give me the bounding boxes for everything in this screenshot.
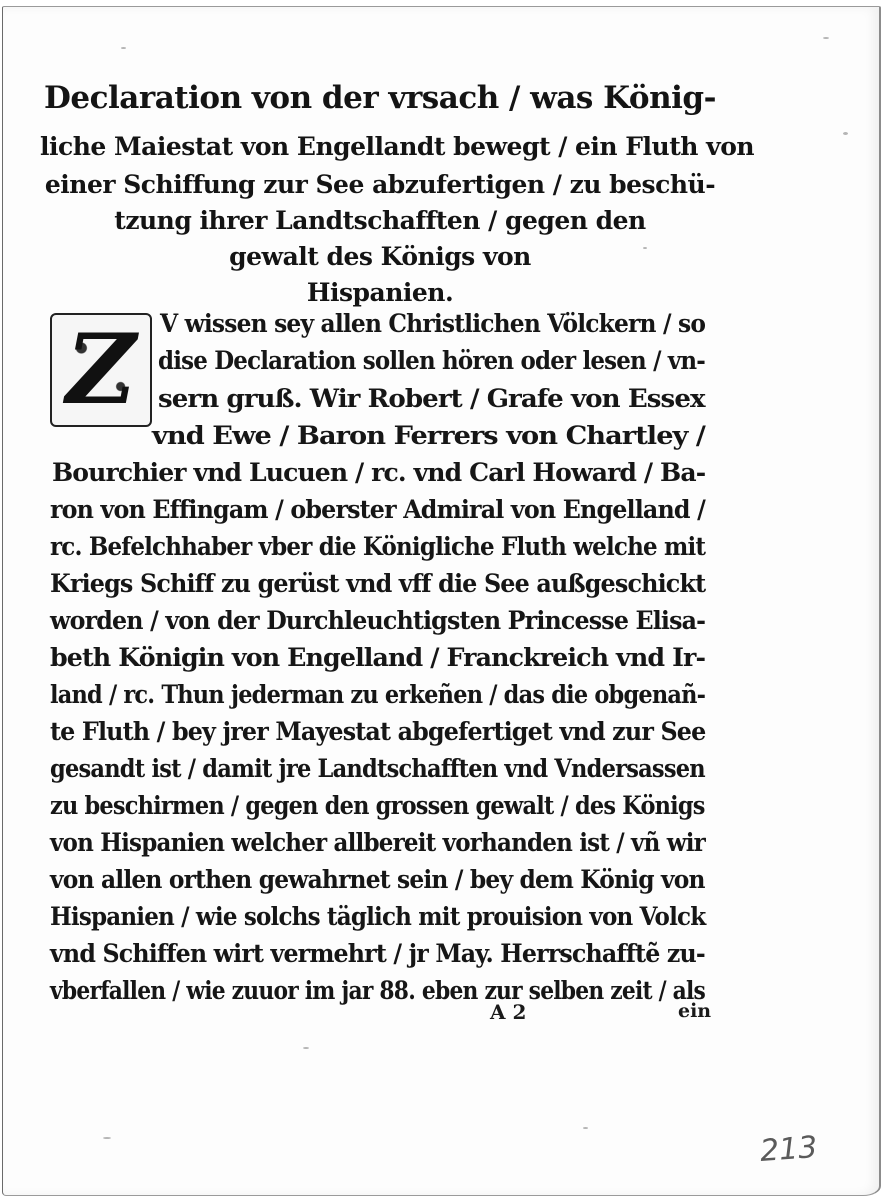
body-line: gesandt ist / damit jre Landtschafften v… <box>50 754 705 784</box>
body-line: von allen orthen gewahrnet sein / bey de… <box>50 865 705 895</box>
body-line: sern gruß. Wir Robert / Grafe von Essex <box>158 384 705 414</box>
body-line: vberfallen / wie zuuor im jar 88. eben z… <box>50 976 705 1006</box>
body-line: V wissen sey allen Christlichen Völckern… <box>160 309 705 339</box>
document-body: V wissen sey allen Christlichen Völckern… <box>0 0 884 1200</box>
body-line: Kriegs Schiff zu gerüst vnd vff die See … <box>50 569 705 599</box>
body-line: Hispanien / wie solchs täglich mit proui… <box>50 902 705 932</box>
body-line: Bourchier vnd Lucuen / rc. vnd Carl Howa… <box>52 458 705 488</box>
signature-mark: A 2 <box>490 1000 526 1024</box>
body-line: von Hispanien welcher allbereit vorhande… <box>50 828 705 858</box>
body-line: vnd Schiffen wirt vermehrt / jr May. Her… <box>50 939 705 969</box>
folio-number: 213 <box>759 1130 819 1169</box>
body-line: dise Declaration sollen hören oder lesen… <box>158 346 705 376</box>
body-line: land / rc. Thun jederman zu erkeñen / da… <box>50 680 705 710</box>
body-line: te Fluth / bey jrer Mayestat abgefertige… <box>50 717 705 747</box>
body-line: rc. Befelchhaber vber die Königliche Flu… <box>50 532 705 562</box>
body-line: vnd Ewe / Baron Ferrers von Chartley / <box>152 421 705 451</box>
body-line: zu beschirmen / gegen den grossen gewalt… <box>50 791 705 821</box>
body-line: beth Königin von Engelland / Franckreich… <box>50 643 705 673</box>
body-line: worden / von der Durchleuchtigsten Princ… <box>50 606 705 636</box>
catchword: ein <box>678 1000 711 1022</box>
body-line: ron von Effingam / oberster Admiral von … <box>50 495 705 525</box>
